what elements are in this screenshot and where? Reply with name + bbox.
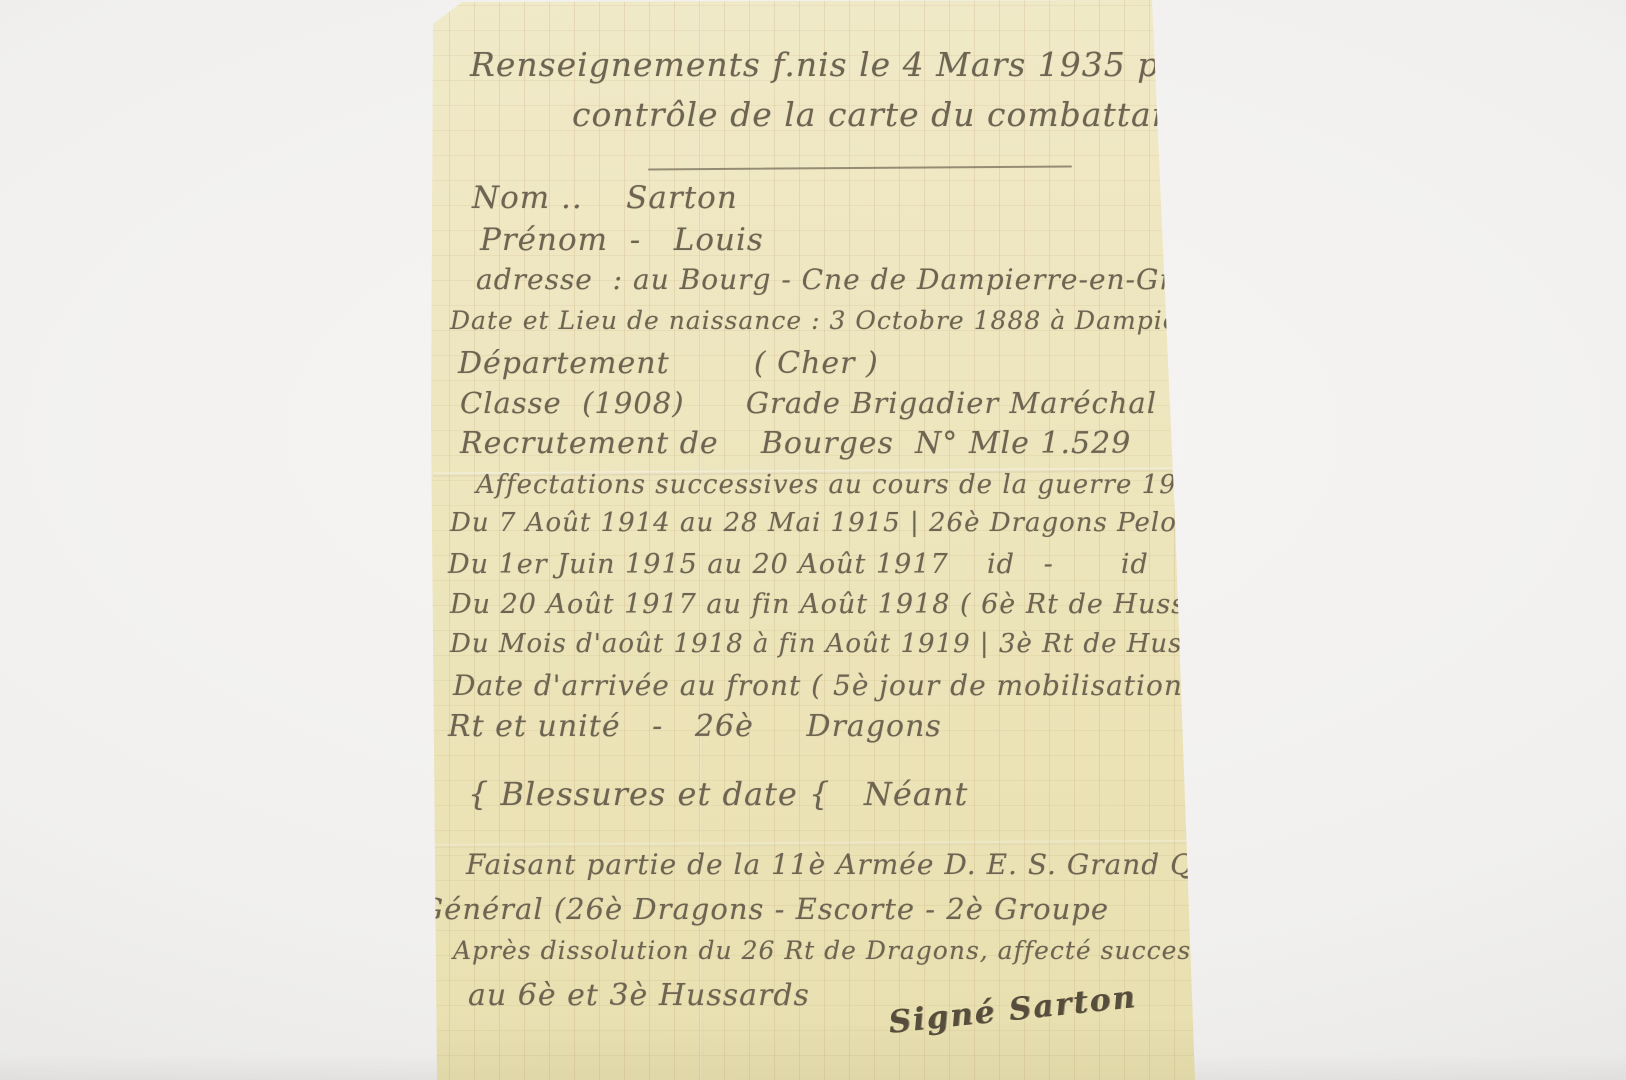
handwritten-line-recrutement: Recrutement de Bourges N° Mle 1.529 xyxy=(460,426,1131,461)
handwritten-line-classe: Classe (1908) Grade Brigadier Maréchal xyxy=(460,386,1157,420)
handwritten-line-periode-1: Du 7 Août 1914 au 28 Mai 1915 | 26è Drag… xyxy=(450,508,1362,538)
handwritten-line-prenom: Prénom - Louis xyxy=(480,222,764,258)
document-title-line-2: contrôle de la carte du combattant xyxy=(572,95,1188,134)
handwritten-line-armee: Faisant partie de la 11è Armée D. E. S. … xyxy=(466,848,1299,881)
handwritten-line-affectations: Affectations successives au cours de la … xyxy=(476,470,1310,500)
handwritten-line-periode-4: Du Mois d'août 1918 à fin Août 1919 | 3è… xyxy=(450,629,1259,659)
handwritten-line-blessures: { Blessures et date { Néant xyxy=(468,775,968,813)
photo-of-document: Renseignements f.nis le 4 Mars 1935 pour… xyxy=(0,0,1626,1080)
handwritten-line-arrivee: Date d'arrivée au front ( 5è jour de mob… xyxy=(453,669,1183,702)
handwritten-line-departement: Département ( Cher ) xyxy=(458,346,879,381)
handwritten-line-periode-2: Du 1er Juin 1915 au 20 Août 1917 id - id xyxy=(448,549,1149,580)
handwritten-line-adresse: adresse : au Bourg - Cne de Dampierre-en… xyxy=(476,263,1243,296)
handwritten-line-general: Général (26è Dragons - Escorte - 2è Grou… xyxy=(420,892,1109,926)
handwritten-line-naissance: Date et Lieu de naissance : 3 Octobre 18… xyxy=(450,306,1368,335)
handwritten-line-periode-3: Du 20 Août 1917 au fin Août 1918 ( 6è Rt… xyxy=(450,589,1250,620)
handwritten-line-unite: Rt et unité - 26è Dragons xyxy=(448,709,942,744)
handwritten-line-nom: Nom .. Sarton xyxy=(472,180,738,216)
handwritten-line-dissolution: Après dissolution du 26 Rt de Dragons, a… xyxy=(453,936,1314,965)
document-paper: Renseignements f.nis le 4 Mars 1935 pour… xyxy=(0,0,1626,1080)
handwritten-line-hussards: au 6è et 3è Hussards xyxy=(468,978,810,1013)
document-title-line-1: Renseignements f.nis le 4 Mars 1935 pour xyxy=(470,45,1219,84)
